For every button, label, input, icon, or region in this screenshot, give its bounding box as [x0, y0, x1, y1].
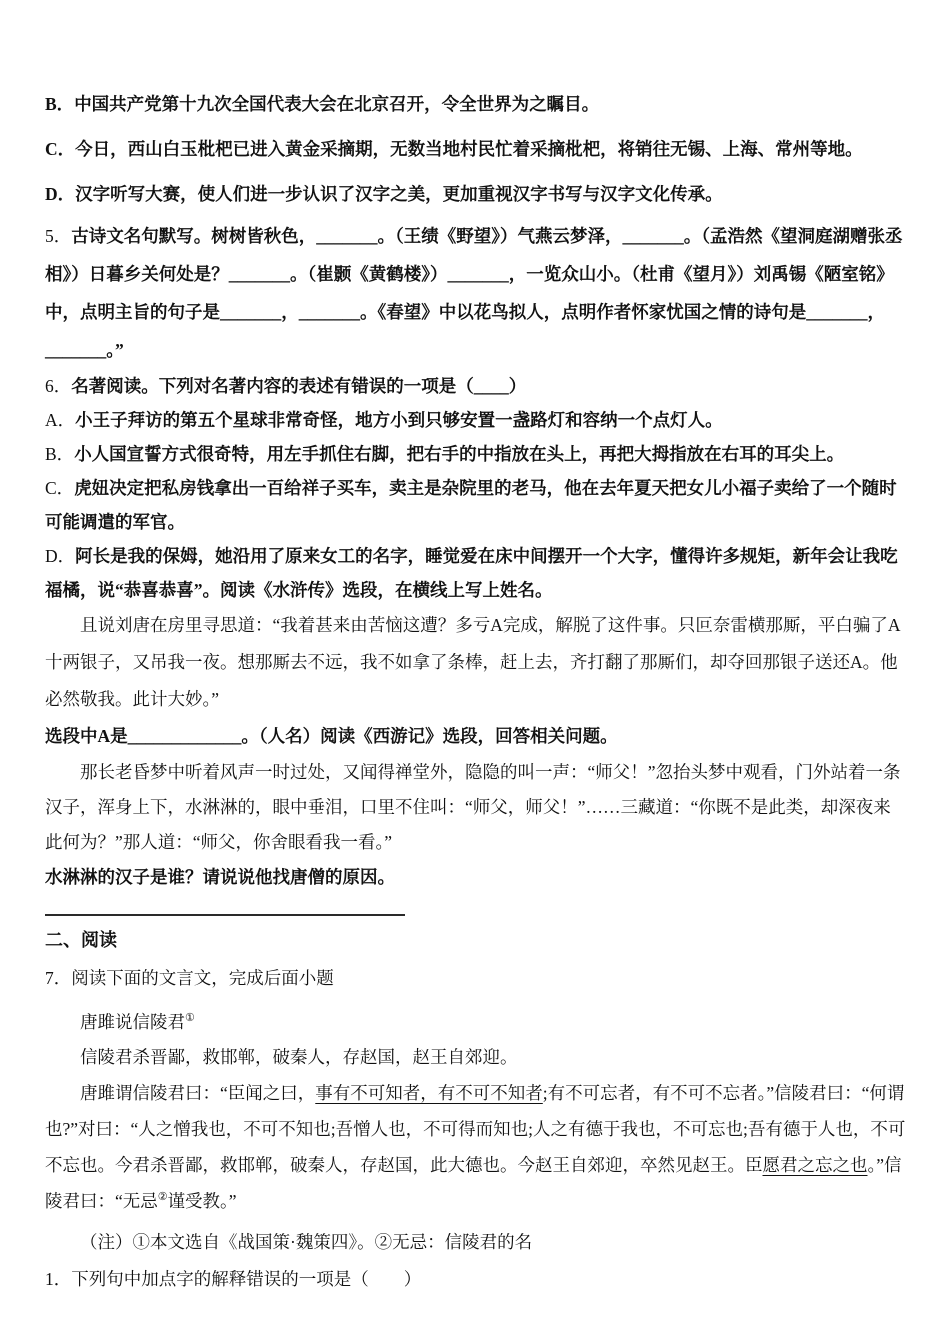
option-letter: C．	[45, 139, 75, 159]
q6-option-c: C．虎妞决定把私房钱拿出一百给祥子买车，卖主是杂院里的老马，他在去年夏天把女儿小…	[45, 471, 906, 539]
question-number: 7．	[45, 968, 71, 988]
section-heading-reading: 二、阅读	[45, 925, 906, 955]
option-letter: B．	[45, 444, 74, 464]
option-text: 虎妞决定把私房钱拿出一百给祥子买车，卖主是杂院里的老马，他在去年夏天把女儿小福子…	[45, 478, 897, 532]
option-text: 小王子拜访的第五个星球非常奇怪，地方小到只够安置一盏路灯和容纳一个点灯人。	[75, 410, 723, 430]
xiyouji-excerpt: 那长老昏梦中听着风声一时过处，又闻得禅堂外，隐隐的叫一声：“师父！”忽抬头梦中观…	[45, 755, 906, 860]
shuihu-excerpt: 且说刘唐在房里寻思道：“我着甚来由苦恼这遭？多亏A完成，解脱了这件事。只叵奈雷横…	[45, 607, 906, 718]
choice-option-b: B．中国共产党第十九次全国代表大会在北京召开，令全世界为之瞩目。	[45, 82, 906, 127]
question-text: 名著阅读。下列对名著内容的表述有错误的一项是（____）	[71, 376, 526, 396]
option-text: 中国共产党第十九次全国代表大会在北京召开，令全世界为之瞩目。	[74, 94, 599, 114]
passage-paragraph-2: 唐雎谓信陵君曰：“臣闻之曰，事有不可知者，有不可不知者;有不可忘者，有不可不忘者…	[45, 1075, 906, 1219]
option-text: 小人国宣誓方式很奇特，用左手抓住右脚，把右手的中指放在头上，再把大拇指放在右耳的…	[74, 444, 844, 464]
option-letter: D．	[45, 184, 75, 204]
xiyouji-sub-question: 水淋淋的汉子是谁？请说说他找唐僧的原因。	[45, 860, 906, 895]
passage-segment: 谨受教。”	[168, 1191, 237, 1211]
option-text: 阿长是我的保姆，她沿用了原来女工的名字，睡觉爱在床中间摆开一个大字，懂得许多规矩…	[45, 546, 898, 600]
choice-option-c: C．今日，西山白玉枇杷已进入黄金采摘期，无数当地村民忙着采摘枇杷，将销往无锡、上…	[45, 127, 906, 172]
passage-title: 唐雎说信陵君①	[45, 1005, 906, 1040]
underlined-phrase-1: 事有不可知者，有不可不知者	[315, 1083, 543, 1103]
passage-footnote: （注）①本文选自《战国策·魏策四》。②无忌：信陵君的名	[45, 1225, 906, 1260]
option-letter: D．	[45, 546, 75, 566]
answer-blank-line	[45, 914, 405, 916]
question-number: 6．	[45, 376, 71, 396]
option-letter: C．	[45, 478, 74, 498]
classical-passage: 唐雎说信陵君① 信陵君杀晋鄙，救邯郸，破秦人，存赵国，赵王自郊迎。 唐雎谓信陵君…	[45, 1005, 906, 1260]
option-text: 汉字听写大赛，使人们进一步认识了汉字之美，更加重视汉字书写与汉字文化传承。	[75, 184, 723, 204]
q6-option-b: B．小人国宣誓方式很奇特，用左手抓住右脚，把右手的中指放在头上，再把大拇指放在右…	[45, 437, 906, 471]
question-text: 下列句中加点字的解释错误的一项是（ ）	[71, 1269, 421, 1289]
exam-paper-page: B．中国共产党第十九次全国代表大会在北京召开，令全世界为之瞩目。 C．今日，西山…	[0, 0, 950, 1344]
option-text: 今日，西山白玉枇杷已进入黄金采摘期，无数当地村民忙着采摘枇杷，将销往无锡、上海、…	[75, 139, 863, 159]
passage-title-text: 唐雎说信陵君	[80, 1012, 185, 1032]
underlined-phrase-2: 愿君之忘之也	[763, 1155, 868, 1175]
q6-option-a: A．小王子拜访的第五个星球非常奇怪，地方小到只够安置一盏路灯和容纳一个点灯人。	[45, 403, 906, 437]
question-5-dictation: 5．古诗文名句默写。树树皆秋色，_______。（王绩《野望》）气燕云梦泽，__…	[45, 217, 906, 369]
choice-option-d: D．汉字听写大赛，使人们进一步认识了汉字之美，更加重视汉字书写与汉字文化传承。	[45, 172, 906, 217]
option-letter: B．	[45, 94, 74, 114]
question-text: 古诗文名句默写。树树皆秋色，_______。（王绩《野望》）气燕云梦泽，____…	[45, 226, 903, 360]
passage-paragraph-1: 信陵君杀晋鄙，救邯郸，破秦人，存赵国，赵王自郊迎。	[45, 1040, 906, 1075]
question-7-stem: 7．阅读下面的文言文，完成后面小题	[45, 963, 906, 993]
question-text: 阅读下面的文言文，完成后面小题	[71, 968, 334, 988]
question-6-stem: 6．名著阅读。下列对名著内容的表述有错误的一项是（____）	[45, 369, 906, 403]
question-number: 5．	[45, 226, 71, 246]
note-mark-2: ②	[158, 1191, 168, 1203]
option-letter: A．	[45, 410, 75, 430]
question-number: 1．	[45, 1269, 71, 1289]
sub-question-1: 1．下列句中加点字的解释错误的一项是（ ）	[45, 1263, 906, 1295]
fill-in-name-prompt: 选段中A是_____________。（人名）阅读《西游记》选段，回答相关问题。	[45, 718, 906, 755]
q6-option-d: D．阿长是我的保姆，她沿用了原来女工的名字，睡觉爱在床中间摆开一个大字，懂得许多…	[45, 539, 906, 607]
note-mark-1: ①	[185, 1012, 195, 1024]
passage-segment: 唐雎谓信陵君曰：“臣闻之曰，	[80, 1083, 315, 1103]
